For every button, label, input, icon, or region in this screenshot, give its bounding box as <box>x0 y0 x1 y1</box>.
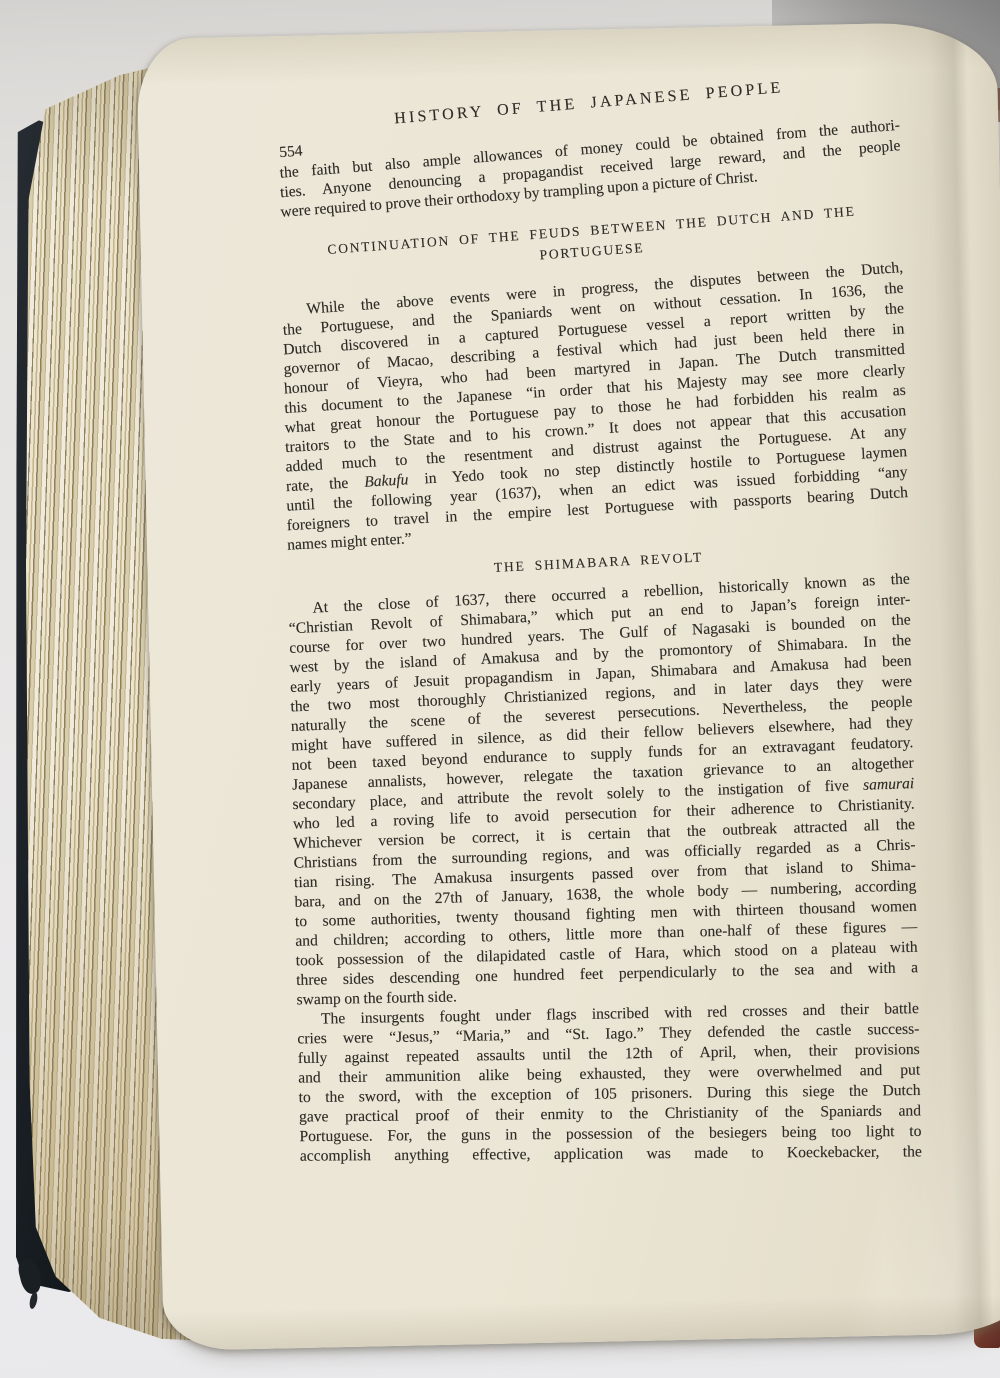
italic-text: samurai <box>863 775 915 794</box>
text: accomplish anything effective, applicati… <box>300 1143 922 1164</box>
paragraph: At the close of 1637, there occurred a r… <box>288 578 919 1011</box>
section-heading: CONTINUATION OF THE FEUDS BETWEEN THE DU… <box>280 213 903 268</box>
book-page: HISTORY OF THE JAPANESE PEOPLE 554 the f… <box>136 21 1000 1351</box>
book-photograph: HISTORY OF THE JAPANESE PEOPLE 554 the f… <box>0 0 1000 1378</box>
cover-corner-detail-tail <box>28 1291 38 1309</box>
text: Portuguese. For, the guns in the possess… <box>299 1123 921 1145</box>
text: PORTUGUESE <box>539 240 645 262</box>
text: rate, the <box>285 474 364 495</box>
paragraph: While the above events were in progress,… <box>282 273 909 546</box>
italic-text: Bakufu <box>364 471 409 490</box>
text: swamp on the fourth side. <box>296 988 457 1008</box>
text-column: HISTORY OF THE JAPANESE PEOPLE 554 the f… <box>278 85 922 1171</box>
text: names might enter.” <box>287 530 412 553</box>
paragraph: The insurgents fought under flags inscri… <box>297 998 922 1171</box>
text: THE SHIMABARA REVOLT <box>494 549 704 575</box>
